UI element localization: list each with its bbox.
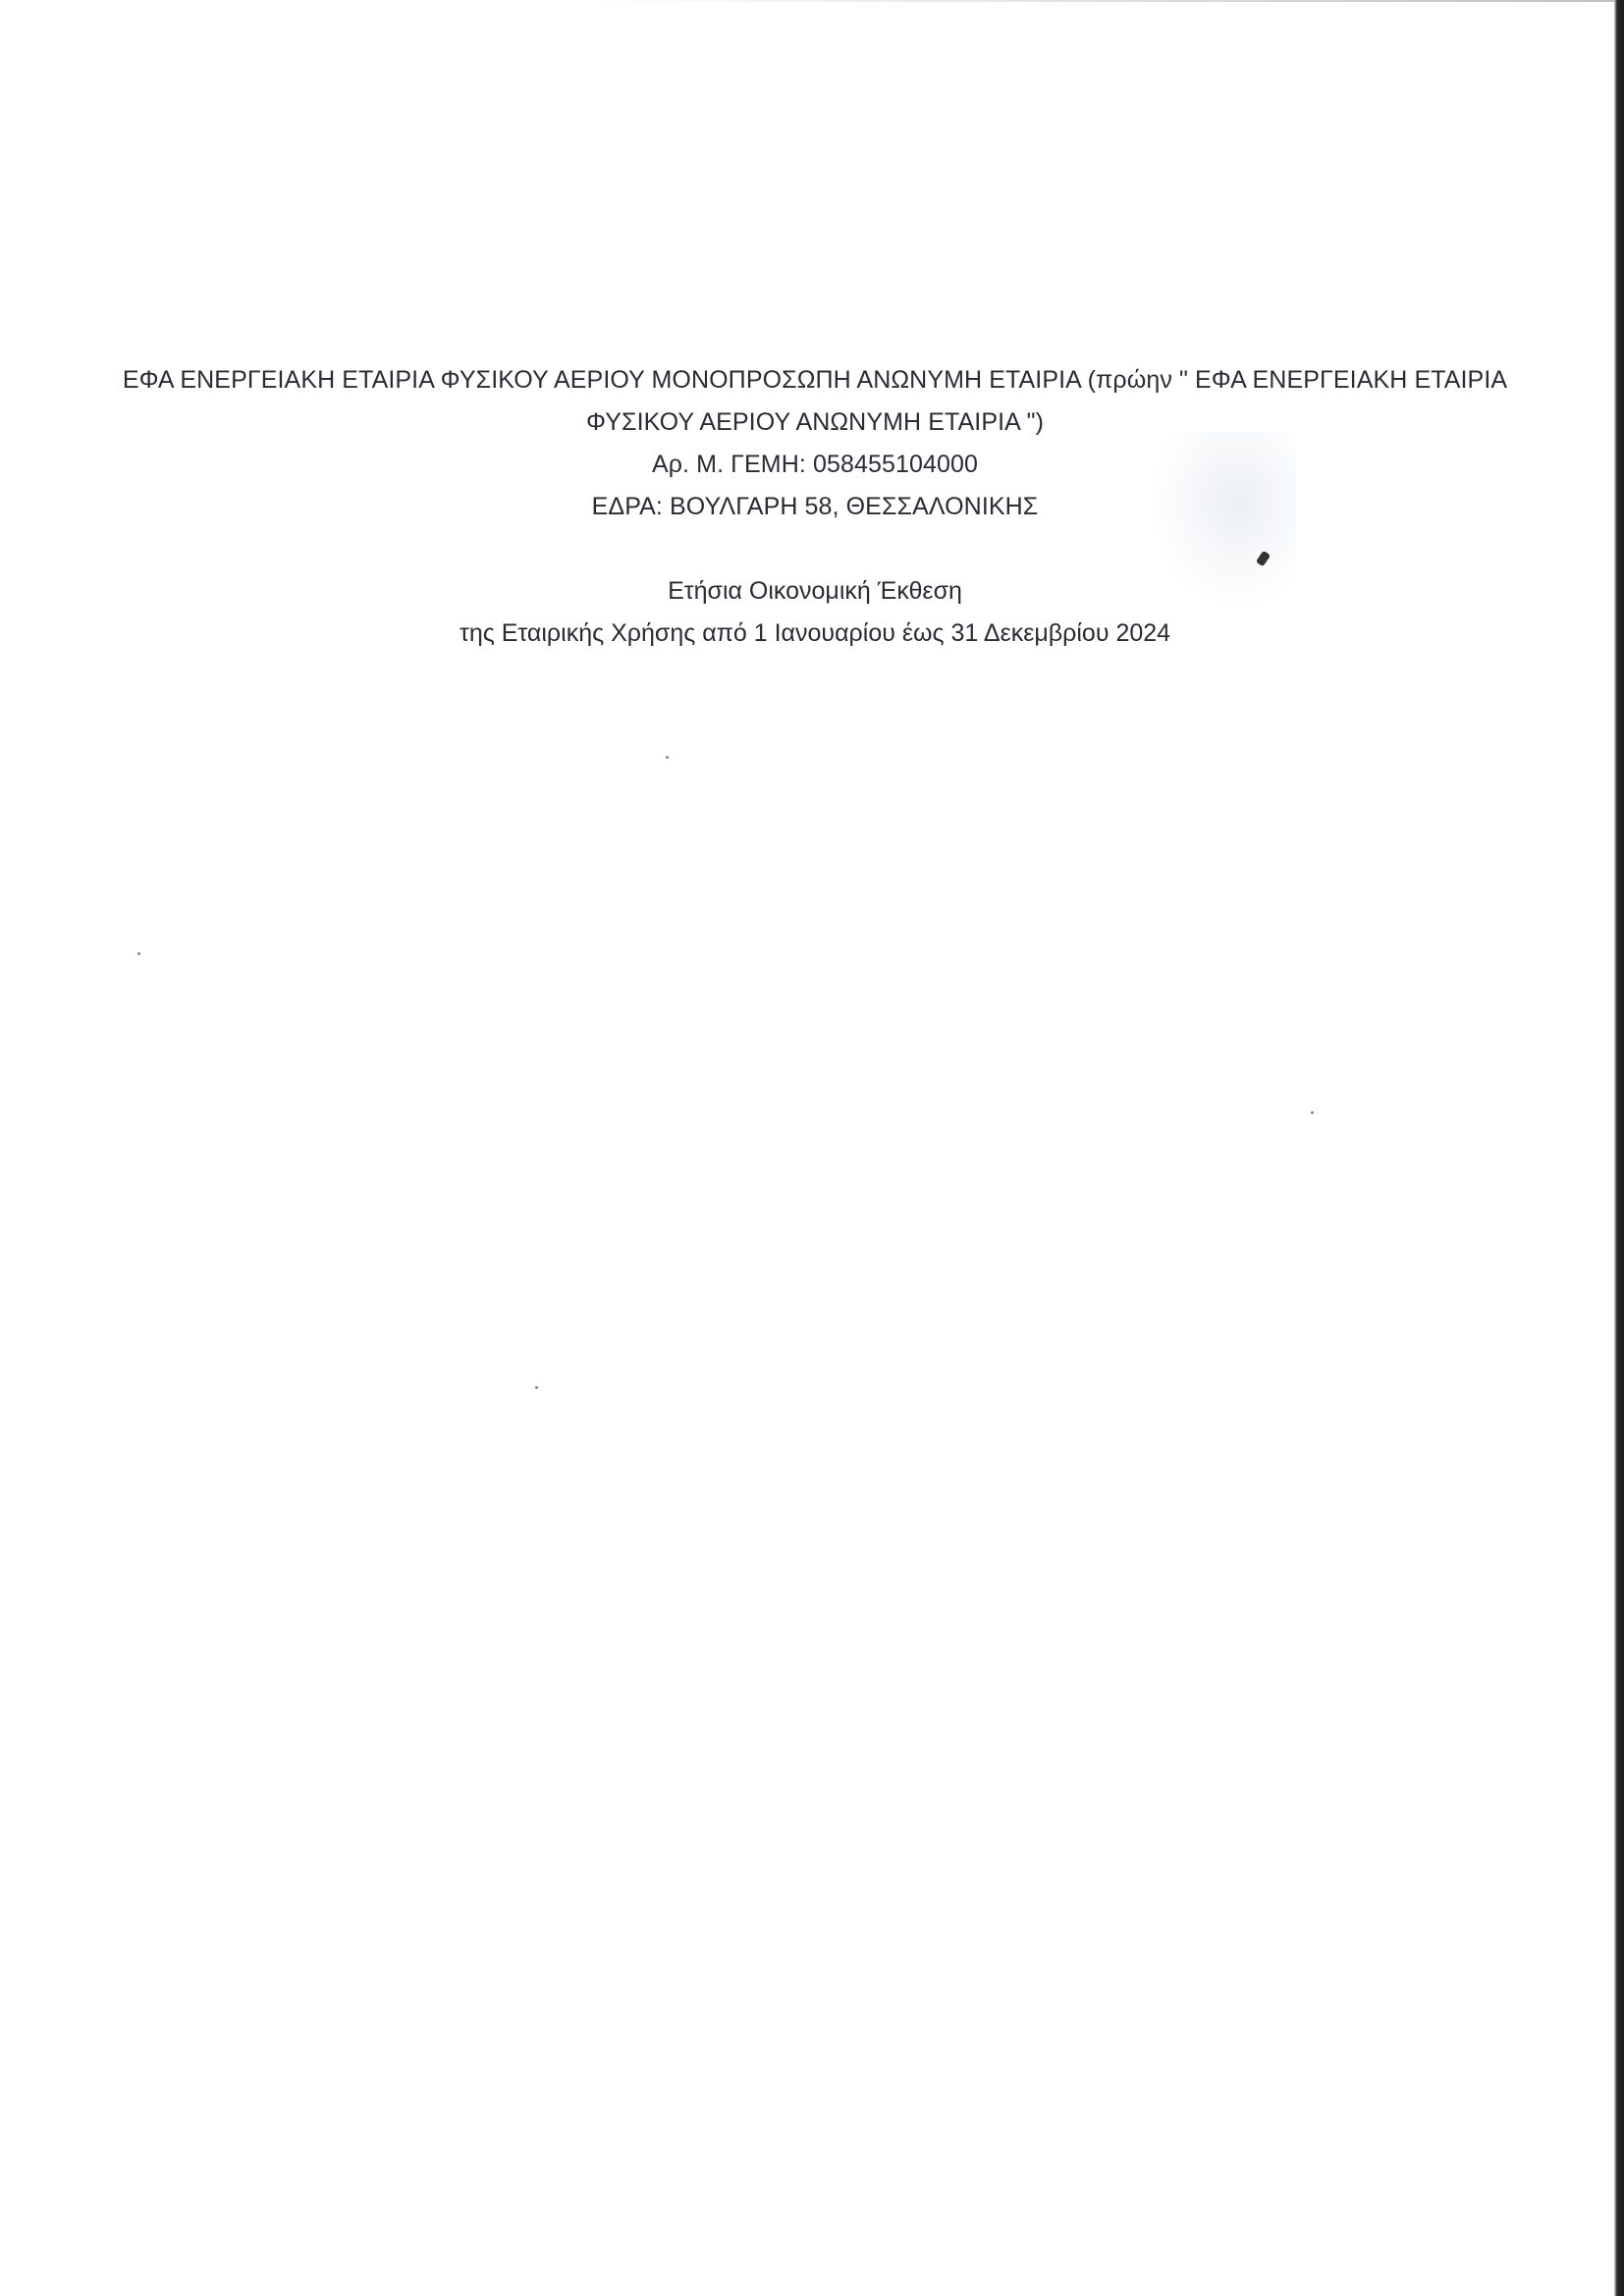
scan-speck bbox=[666, 756, 669, 759]
report-title-block: Ετήσια Οικονομική Έκθεση της Εταιρικής Χ… bbox=[69, 570, 1561, 655]
scan-edge-top bbox=[589, 0, 1624, 2]
registry-number: Αρ. Μ. ΓΕΜΗ: 058455104000 bbox=[69, 444, 1561, 486]
scan-speck bbox=[137, 952, 140, 955]
scan-speck bbox=[1311, 1111, 1314, 1114]
report-title: Ετήσια Οικονομική Έκθεση bbox=[69, 570, 1561, 613]
scan-edge-right bbox=[1614, 0, 1624, 2296]
report-period: της Εταιρικής Χρήσης από 1 Ιανουαρίου έω… bbox=[69, 613, 1561, 655]
scanned-page: ΕΦΑ ΕΝΕΡΓΕΙΑΚΗ ΕΤΑΙΡΙΑ ΦΥΣΙΚΟΥ ΑΕΡΙΟΥ ΜΟ… bbox=[0, 0, 1624, 2296]
scan-speck bbox=[535, 1386, 538, 1389]
company-header: ΕΦΑ ΕΝΕΡΓΕΙΑΚΗ ΕΤΑΙΡΙΑ ΦΥΣΙΚΟΥ ΑΕΡΙΟΥ ΜΟ… bbox=[69, 359, 1561, 528]
headquarters-address: ΕΔΡΑ: ΒΟΥΛΓΑΡΗ 58, ΘΕΣΣΑΛΟΝΙΚΗΣ bbox=[69, 486, 1561, 528]
company-name-line-1: ΕΦΑ ΕΝΕΡΓΕΙΑΚΗ ΕΤΑΙΡΙΑ ΦΥΣΙΚΟΥ ΑΕΡΙΟΥ ΜΟ… bbox=[69, 359, 1561, 401]
company-name-line-2: ΦΥΣΙΚΟΥ ΑΕΡΙΟΥ ΑΝΩΝΥΜΗ ΕΤΑΙΡΙΑ ") bbox=[69, 401, 1561, 444]
